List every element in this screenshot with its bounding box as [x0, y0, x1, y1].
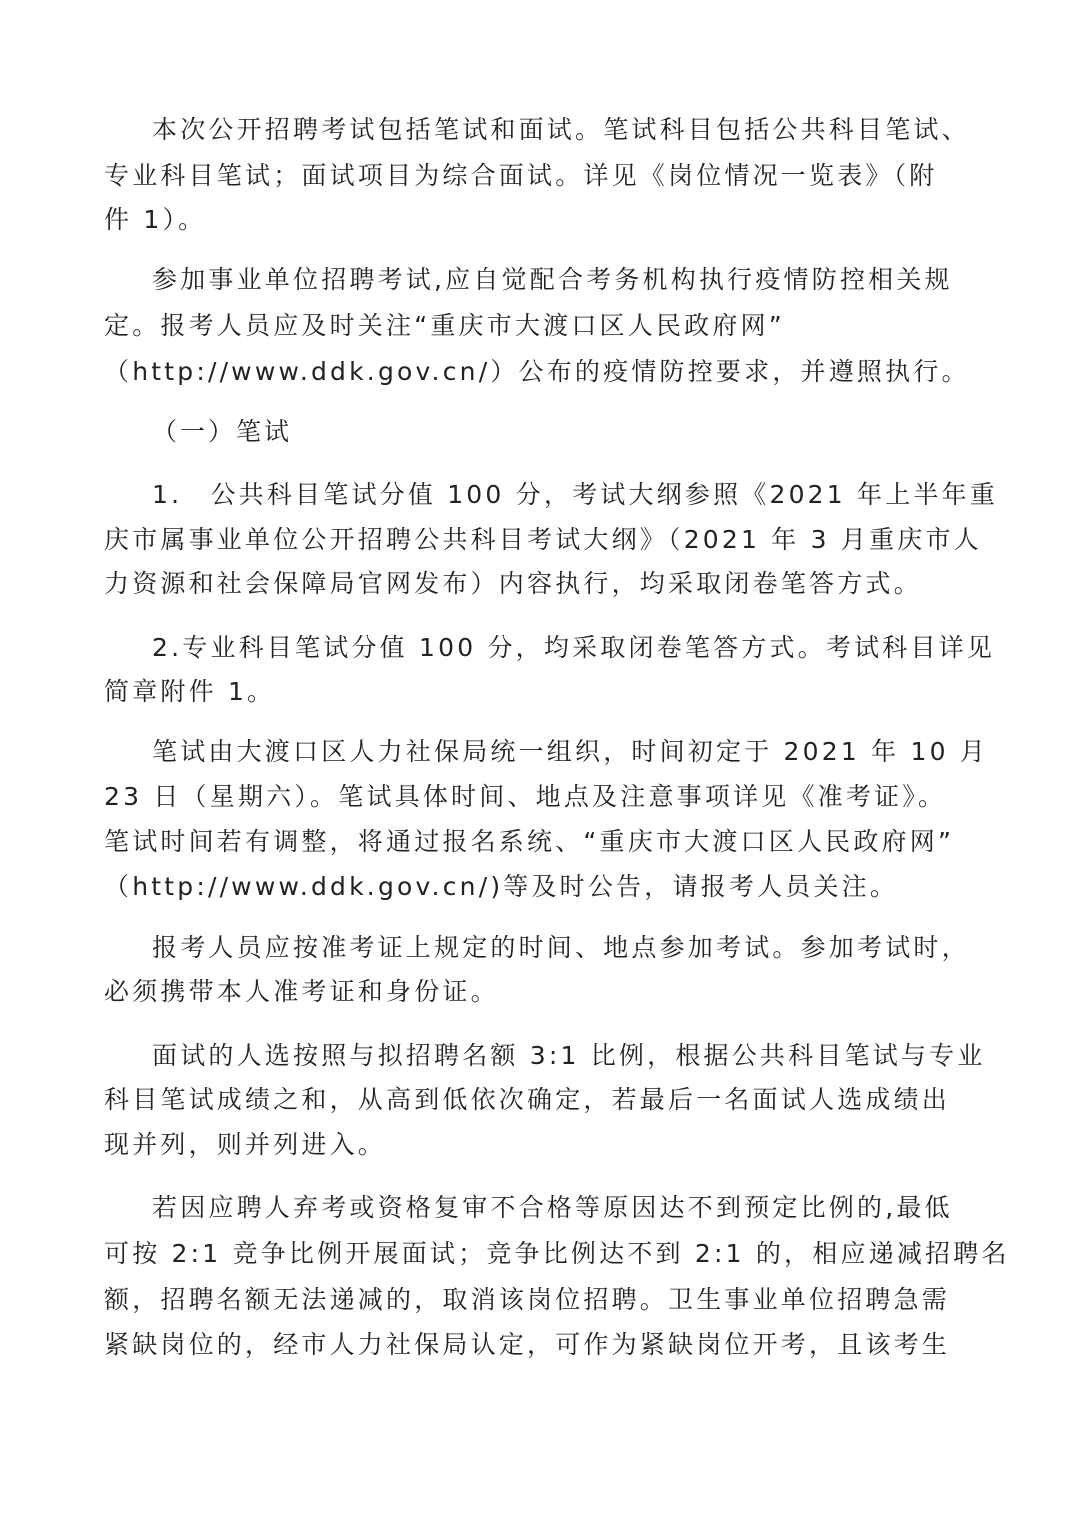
paragraph-public-subject-line-2: 庆市属事业单位公开招聘公共科目考试大纲》（2021 年 3 月重庆市人: [104, 525, 982, 555]
paragraph-epidemic-notice-line-3-with-link: （http://www.ddk.gov.cn/）公布的疫情防控要求，并遵照执行。: [104, 357, 970, 387]
paragraph-exam-overview-line-1: 本次公开招聘考试包括笔试和面试。笔试科目包括公共科目笔试、: [152, 115, 970, 145]
paragraph-interview-selection-line-2: 科目笔试成绩之和，从高到低依次确定，若最后一名面试人选成绩出: [104, 1085, 950, 1115]
paragraph-exam-overview-line-2: 专业科目笔试；面试项目为综合面试。详见《岗位情况一览表》（附: [104, 161, 938, 191]
paragraph-exam-schedule-line-3: 笔试时间若有调整，将通过报名系统、“重庆市大渡口区人民政府网”: [104, 827, 954, 857]
paragraph-exam-attendance-line-2: 必须携带本人准考证和身份证。: [104, 977, 499, 1007]
paragraph-public-subject-line-1: 1. 公共科目笔试分值 100 分，考试大纲参照《2021 年上半年重: [152, 480, 998, 510]
paragraph-epidemic-notice-line-2: 定。报考人员应及时关注“重庆市大渡口区人民政府网”: [104, 311, 785, 341]
paragraph-ratio-adjustment-line-4: 紧缺岗位的，经市人力社保局认定，可作为紧缺岗位开考，且该考生: [104, 1330, 950, 1360]
paragraph-professional-subject-line-2: 简章附件 1。: [104, 677, 275, 707]
paragraph-public-subject-line-3: 力资源和社会保障局官网发布）内容执行，均采取闭卷笔答方式。: [104, 569, 922, 599]
paragraph-exam-schedule-line-2: 23 日（星期六）。笔试具体时间、地点及注意事项详见《准考证》。: [104, 782, 946, 812]
paragraph-exam-attendance-line-1: 报考人员应按准考证上规定的时间、地点参加考试。参加考试时，: [152, 933, 970, 963]
paragraph-exam-schedule-line-1: 笔试由大渡口区人力社保局统一组织，时间初定于 2021 年 10 月: [152, 737, 988, 767]
paragraph-exam-overview-line-3: 件 1）。: [104, 205, 206, 235]
paragraph-ratio-adjustment-line-3: 额，招聘名额无法递减的，取消该岗位招聘。卫生事业单位招聘急需: [104, 1285, 950, 1315]
paragraph-ratio-adjustment-line-1: 若因应聘人弃考或资格复审不合格等原因达不到预定比例的,最低: [152, 1193, 953, 1223]
paragraph-professional-subject-line-1: 2.专业科目笔试分值 100 分，均采取闭卷笔答方式。考试科目详见: [152, 633, 995, 663]
section-heading-written-exam: （一）笔试: [152, 417, 292, 447]
paragraph-interview-selection-line-1: 面试的人选按照与拟招聘名额 3:1 比例，根据公共科目笔试与专业: [152, 1041, 986, 1071]
paragraph-exam-schedule-line-4-with-link: （http://www.ddk.gov.cn/)等及时公告，请报考人员关注。: [104, 872, 898, 902]
paragraph-epidemic-notice-line-1: 参加事业单位招聘考试,应自觉配合考务机构执行疫情防控相关规: [152, 265, 953, 295]
paragraph-ratio-adjustment-line-2: 可按 2:1 竞争比例开展面试；竞争比例达不到 2:1 的，相应递减招聘名: [104, 1239, 1010, 1269]
paragraph-interview-selection-line-3: 现并列，则并列进入。: [104, 1130, 386, 1160]
